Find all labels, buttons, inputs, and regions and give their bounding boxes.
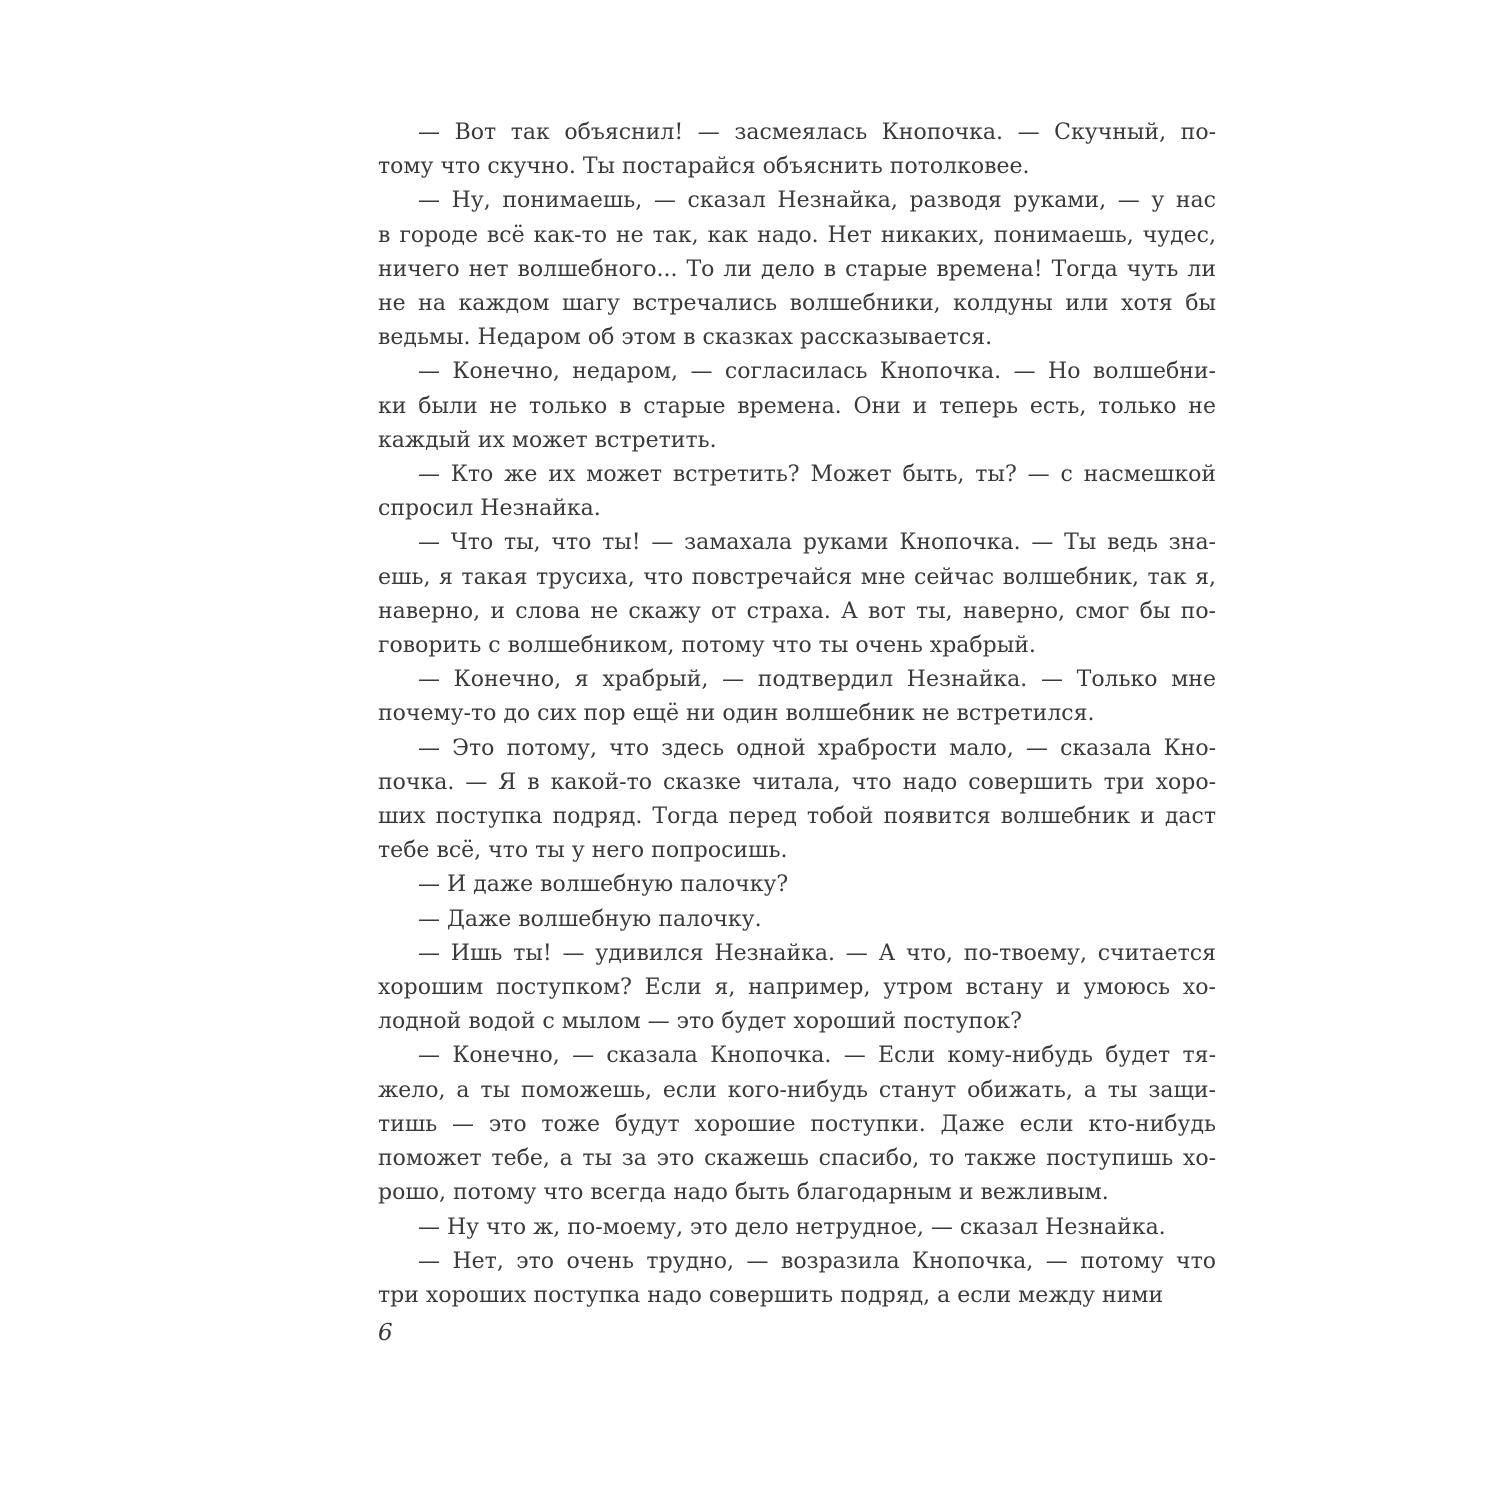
text-line: почему-то до сих пор ещё ни один волшебн… (378, 697, 1216, 731)
text-line: — Конечно, недаром, — согласилась Кнопоч… (378, 355, 1216, 389)
text-line: спросил Незнайка. (378, 492, 1216, 526)
paragraph: — Ну, понимаешь, — сказал Незнайка, разв… (378, 184, 1216, 355)
page-number: 6 (378, 1316, 393, 1350)
text-line: рошо, потому что всегда надо быть благод… (378, 1176, 1216, 1210)
paragraph: — Нет, это очень трудно, — возразила Кно… (378, 1245, 1216, 1313)
paragraph: — Конечно, я храбрый, — подтвердил Незна… (378, 663, 1216, 731)
text-line: поможет тебе, а ты за это скажешь спасиб… (378, 1142, 1216, 1176)
paragraph: — Конечно, — сказала Кнопочка. — Если ко… (378, 1039, 1216, 1210)
text-line: не на каждом шагу встречались волшебники… (378, 287, 1216, 321)
text-line: ших поступка подряд. Тогда перед тобой п… (378, 800, 1216, 834)
text-line: в городе всё как-то не так, как надо. Не… (378, 219, 1216, 253)
text-line: — Вот так объяснил! — засмеялась Кнопочк… (378, 116, 1216, 150)
text-line: — Ишь ты! — удивился Незнайка. — А что, … (378, 937, 1216, 971)
paragraph: — И даже волшебную палочку? (378, 868, 1216, 902)
text-line: — Даже волшебную палочку. (378, 903, 1216, 937)
text-line: тому что скучно. Ты постарайся объяснить… (378, 150, 1216, 184)
text-line: три хороших поступка надо совершить подр… (378, 1279, 1216, 1313)
text-line: почка. — Я в какой-то сказке читала, что… (378, 766, 1216, 800)
text-line: — Ну, понимаешь, — сказал Незнайка, разв… (378, 184, 1216, 218)
text-line: наверно, и слова не скажу от страха. А в… (378, 595, 1216, 629)
text-line: говорить с волшебником, потому что ты оч… (378, 629, 1216, 663)
text-line: — Это потому, что здесь одной храбрости … (378, 732, 1216, 766)
text-line: — Нет, это очень трудно, — возразила Кно… (378, 1245, 1216, 1279)
text-line: — Конечно, — сказала Кнопочка. — Если ко… (378, 1039, 1216, 1073)
paragraph: — Ну что ж, по-моему, это дело нетрудное… (378, 1211, 1216, 1245)
text-line: — Кто же их может встретить? Может быть,… (378, 458, 1216, 492)
text-line: ведьмы. Недаром об этом в сказках расска… (378, 321, 1216, 355)
book-page: — Вот так объяснил! — засмеялась Кнопочк… (0, 0, 1500, 1500)
text-line: — Ну что ж, по-моему, это дело нетрудное… (378, 1211, 1216, 1245)
text-line: тебе всё, что ты у него попросишь. (378, 834, 1216, 868)
text-line: — Что ты, что ты! — замахала руками Кноп… (378, 526, 1216, 560)
text-line: ничего нет волшебного... То ли дело в ст… (378, 253, 1216, 287)
text-line: жело, а ты поможешь, если кого-нибудь ст… (378, 1074, 1216, 1108)
paragraph: — Ишь ты! — удивился Незнайка. — А что, … (378, 937, 1216, 1040)
text-line: ешь, я такая трусиха, что повстречайся м… (378, 561, 1216, 595)
paragraph: — Кто же их может встретить? Может быть,… (378, 458, 1216, 526)
text-line: каждый их может встретить. (378, 424, 1216, 458)
paragraph: — Вот так объяснил! — засмеялась Кнопочк… (378, 116, 1216, 184)
text-line: лодной водой с мылом — это будет хороший… (378, 1005, 1216, 1039)
text-line: — И даже волшебную палочку? (378, 868, 1216, 902)
text-line: тишь — это тоже будут хорошие поступки. … (378, 1108, 1216, 1142)
text-line: хорошим поступком? Если я, например, утр… (378, 971, 1216, 1005)
paragraph: — Конечно, недаром, — согласилась Кнопоч… (378, 355, 1216, 458)
paragraph: — Это потому, что здесь одной храбрости … (378, 732, 1216, 869)
page-text: — Вот так объяснил! — засмеялась Кнопочк… (378, 116, 1216, 1313)
paragraph: — Что ты, что ты! — замахала руками Кноп… (378, 526, 1216, 663)
paragraph: — Даже волшебную палочку. (378, 903, 1216, 937)
text-line: ки были не только в старые времена. Они … (378, 390, 1216, 424)
text-line: — Конечно, я храбрый, — подтвердил Незна… (378, 663, 1216, 697)
